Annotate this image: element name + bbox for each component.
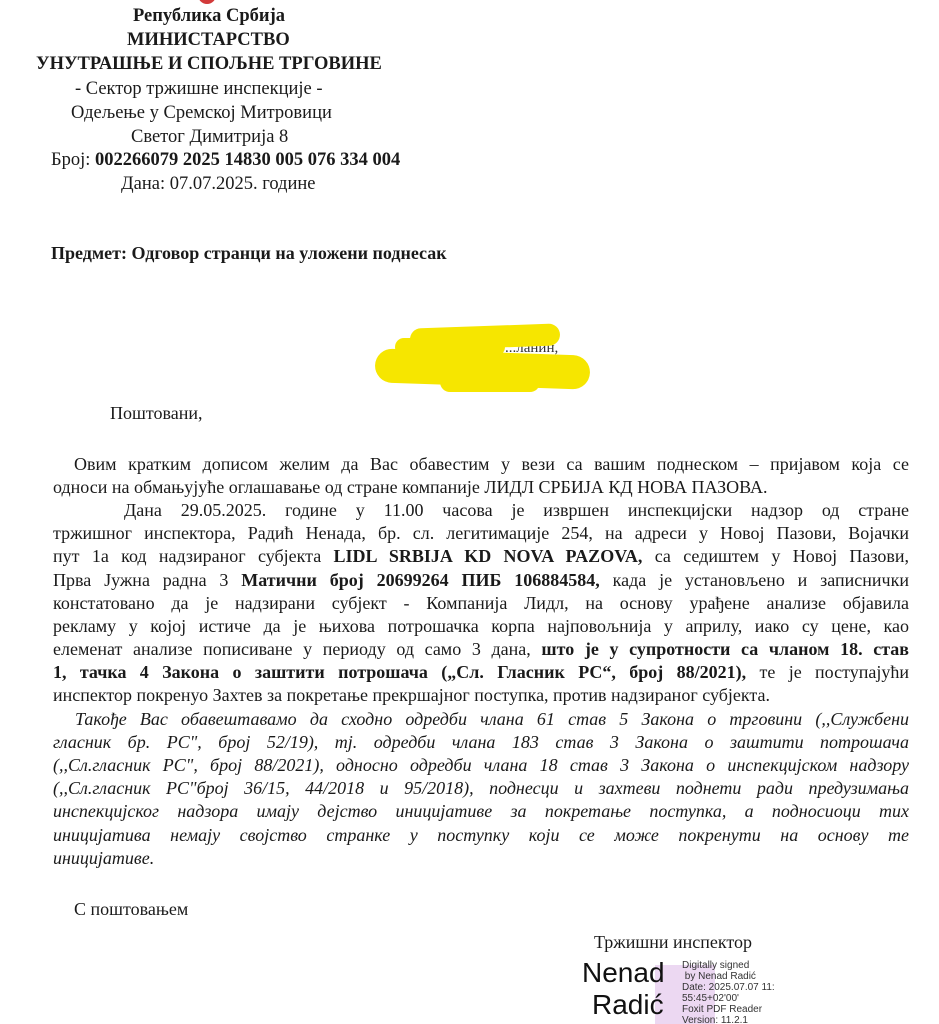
text-span: Прва Јужна радна 3 bbox=[53, 570, 241, 590]
text-span: те је поступајући bbox=[746, 662, 909, 682]
paragraph3-line: инспекцијског надзора имају дејство иниц… bbox=[53, 801, 909, 821]
paragraph3-line: (,,Сл.гласник РС"број 36/15, 44/2018 и 9… bbox=[53, 778, 909, 798]
paragraph3-line: Такође Вас обавештавамо да сходно одредб… bbox=[75, 709, 909, 729]
text-span: елеменат анализе пописиване у периоду од… bbox=[53, 639, 541, 659]
paragraph3-line: иницијатива немају својство странке у по… bbox=[53, 825, 909, 845]
paragraph3-line: (,,Сл.гласник РС", број 88/2021), односн… bbox=[53, 755, 909, 775]
header-department: Одељење у Сремској Митровици bbox=[71, 103, 332, 124]
sig-meta-line: 55:45+02'00' bbox=[682, 993, 775, 1004]
signature-name-line2: Radić bbox=[592, 990, 664, 1020]
header-date: Дана: 07.07.2025. године bbox=[121, 174, 315, 195]
paragraph2-line: Прва Јужна радна 3 Матични број 20699264… bbox=[53, 570, 909, 590]
paragraph2-line: тржишног инспектора, Радић Ненада, бр. с… bbox=[53, 523, 909, 543]
paragraph2-line: пут 1а код надзираног субјекта LIDL SRBI… bbox=[53, 546, 909, 566]
number-label: Број: bbox=[51, 150, 95, 170]
header-address: Светог Димитрија 8 bbox=[131, 127, 288, 148]
sig-meta-line: by Nenad Radić bbox=[682, 971, 775, 982]
paragraph2-line: Дана 29.05.2025. године у 11.00 часова ј… bbox=[124, 500, 909, 520]
coat-of-arms-logo bbox=[198, 0, 216, 4]
closing: С поштовањем bbox=[74, 899, 188, 919]
law-reference: 1, тачка 4 Закона о заштити потрошача („… bbox=[53, 662, 746, 682]
text-span: када је установљено и записнички bbox=[600, 570, 909, 590]
paragraph1-line: Овим кратким дописом желим да Вас обавес… bbox=[74, 454, 909, 474]
paragraph2-line: елеменат анализе пописиване у периоду од… bbox=[53, 639, 909, 659]
paragraph2-line: 1, тачка 4 Закона о заштити потрошача („… bbox=[53, 662, 909, 682]
number-value: 002266079 2025 14830 005 076 334 004 bbox=[95, 150, 400, 170]
paragraph2-line: рекламу у којој истиче да је њихова потр… bbox=[53, 616, 909, 636]
sig-meta-line: Foxit PDF Reader bbox=[682, 1004, 775, 1015]
paragraph2-line: констатовано да је надзирани субјект - К… bbox=[53, 593, 909, 613]
sig-meta-line: Version: 11.2.1 bbox=[682, 1015, 775, 1024]
text-span: пут 1а код надзираног субјекта bbox=[53, 546, 334, 566]
paragraph3-line: иницијативе. bbox=[53, 848, 909, 868]
subject-line: Предмет: Одговор странци на уложени подн… bbox=[51, 243, 447, 264]
sig-meta-line: Date: 2025.07.07 11: bbox=[682, 982, 775, 993]
paragraph3-line: гласник бр. РС", број 52/19), тј. одредб… bbox=[53, 732, 909, 752]
digital-signature-info: Digitally signed by Nenad Radić Date: 20… bbox=[682, 960, 775, 1024]
registration-numbers: Матични број 20699264 ПИБ 106884584, bbox=[241, 570, 599, 590]
signature-title: Тржишни инспектор bbox=[594, 932, 752, 952]
redaction-mark bbox=[440, 372, 540, 392]
header-sector: - Сектор тржишне инспекције - bbox=[75, 79, 323, 100]
header-republic: Република Србија bbox=[133, 6, 285, 27]
paragraph2-line: инспектор покренуо Захтев за покретање п… bbox=[53, 685, 909, 705]
paragraph1-line: односи на обмањујуће оглашавање од стран… bbox=[53, 477, 909, 497]
company-name: LIDL SRBIJA KD NOVA PAZOVA, bbox=[334, 546, 643, 566]
header-ministry-line1: МИНИСТАРСТВО bbox=[127, 30, 290, 51]
greeting: Поштовани, bbox=[110, 403, 203, 423]
header-number: Број: 002266079 2025 14830 005 076 334 0… bbox=[51, 150, 400, 171]
text-span: са седиштем у Новој Пазови, bbox=[642, 546, 909, 566]
header-ministry-line2: УНУТРАШЊЕ И СПОЉНЕ ТРГОВИНЕ bbox=[36, 54, 382, 75]
signature-name-line1: Nenad bbox=[582, 958, 665, 988]
law-reference: што је у супротности са чланом 18. став bbox=[541, 639, 909, 659]
sig-meta-line: Digitally signed bbox=[682, 960, 775, 971]
